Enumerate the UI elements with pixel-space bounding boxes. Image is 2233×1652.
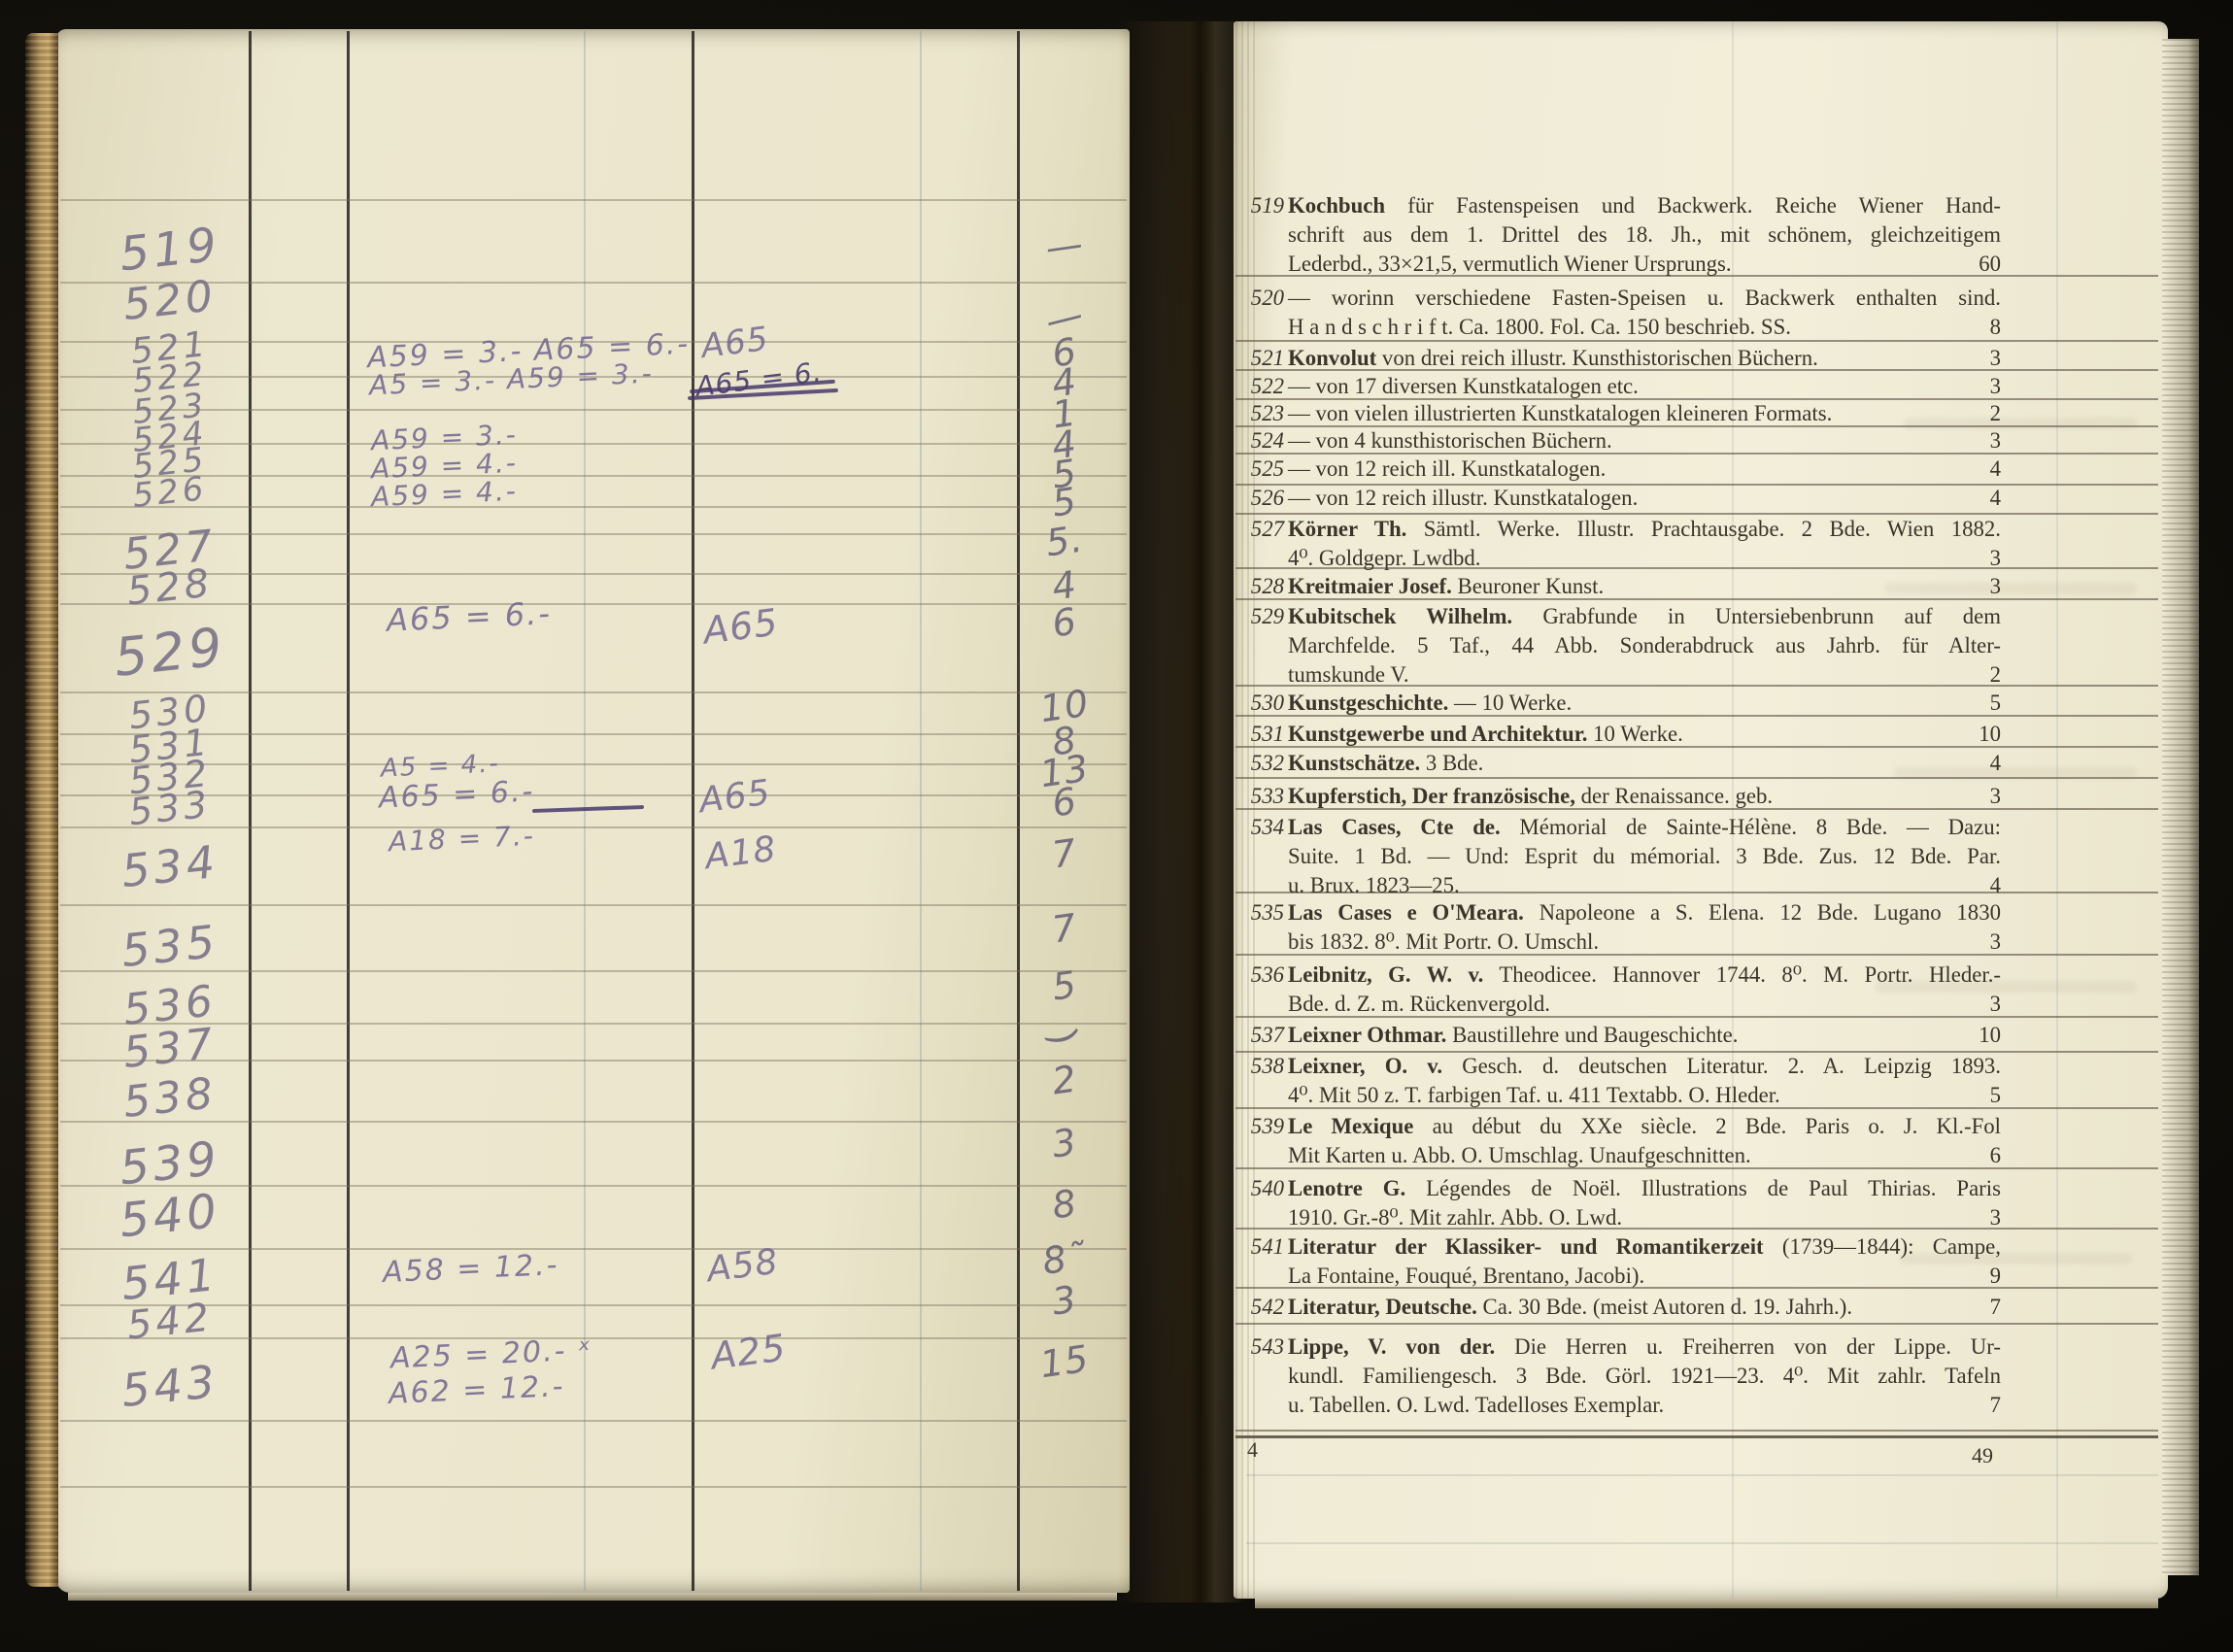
entry-line: Konvolut von drei reich illustr. Kunsthi… [1288,344,2001,373]
entry-line: Kupferstich, Der französische, der Renai… [1288,782,2001,811]
catalog-entry: 519Kochbuch für Fastenspeisen und Backwe… [1240,191,2001,279]
entry-line: Leibnitz, G. W. v. Theodicee. Hannover 1… [1288,961,2001,990]
entry-separator-line [1235,1323,2158,1325]
entry-description: Körner Th. Sämtl. Werke. Illustr. Pracht… [1288,515,2001,573]
show-through-rule [2056,21,2058,1599]
entry-description: Las Cases e O'Meara. Napoleone a S. Elen… [1288,898,2001,957]
catalog-entry: 524— von 4 kunsthistorischen Büchern.3 [1240,426,2001,455]
entry-price: 4 [1933,749,2001,778]
entry-line: Lederbd., 33×21,5, vermutlich Wiener Urs… [1288,250,2001,279]
ledger-row-line [60,1420,1127,1422]
entry-lead: Las Cases e O'Meara. [1288,900,1524,925]
catalog-entry: 525— von 12 reich ill. Kunstkatalogen.4 [1240,455,2001,484]
entry-lead: Kupferstich, Der französische, [1288,784,1575,808]
entry-line: — von vielen illustrierten Kunstkataloge… [1288,399,2001,428]
entry-description: — worinn verschiedene Fasten-Speisen u. … [1288,284,2001,342]
entry-line: Las Cases e O'Meara. Napoleone a S. Elen… [1288,898,2001,927]
page-number-right: 49 [1954,1443,1993,1468]
entry-description: — von vielen illustrierten Kunstkataloge… [1288,399,2001,428]
entry-line: Bde. d. Z. m. Rückenvergold. [1288,990,2001,1019]
entry-price: 8 [1933,313,2001,342]
ledger-row-line [60,1486,1127,1488]
entry-line: Le Mexique au début du XXe siècle. 2 Bde… [1288,1112,2001,1141]
entry-line: kundl. Familiengesch. 3 Bde. Görl. 1921—… [1288,1362,2001,1391]
entry-price: 3 [1933,372,2001,401]
catalog-entry: 535Las Cases e O'Meara. Napoleone a S. E… [1240,898,2001,957]
entry-lead: Leibnitz, G. W. v. [1288,962,1483,987]
entry-lot-number: 534 [1240,813,1284,842]
page-edge-stack-left [25,33,58,1587]
entry-price: 3 [1933,782,2001,811]
entry-line: — von 12 reich ill. Kunstkatalogen. [1288,455,2001,484]
entry-line: 1910. Gr.-8⁰. Mit zahlr. Abb. O. Lwd. [1288,1203,2001,1232]
entry-price: 3 [1933,990,2001,1019]
entry-price: 10 [1933,1021,2001,1050]
entry-lot-number: 529 [1240,602,1284,631]
entry-lot-number: 520 [1240,284,1284,313]
entry-line: Lippe, V. von der. Die Herren u. Freiher… [1288,1332,2001,1362]
ledger-faint-column-rule [920,31,922,1591]
entry-lot-number: 531 [1240,720,1284,749]
entry-price: 3 [1933,927,2001,957]
entry-lead: Konvolut [1288,346,1376,370]
entry-description: Le Mexique au début du XXe siècle. 2 Bde… [1288,1112,2001,1170]
page-number-left: 4 [1247,1437,1258,1463]
entry-lead: Lippe, V. von der. [1288,1334,1495,1359]
entry-lead: Kunstschätze. [1288,751,1420,775]
entry-lot-number: 527 [1240,515,1284,544]
entry-line: tumskunde V. [1288,660,2001,690]
entry-price: 5 [1933,689,2001,718]
entry-description: Konvolut von drei reich illustr. Kunsthi… [1288,344,2001,373]
ledger-row-line [60,1121,1127,1123]
entry-description: Literatur, Deutsche. Ca. 30 Bde. (meist … [1288,1293,2001,1322]
entry-lead: Leixner, O. v. [1288,1054,1442,1078]
entry-price: 7 [1933,1293,2001,1322]
page-edge-stack-right [2162,39,2199,1575]
entry-description: — von 12 reich ill. Kunstkatalogen. [1288,455,2001,484]
entry-lot-number: 543 [1240,1332,1284,1362]
entry-lot-number: 519 [1240,191,1284,220]
show-through-line [1246,1542,2158,1544]
entry-line: Marchfelde. 5 Taf., 44 Abb. Sonderabdruc… [1288,631,2001,660]
entry-lead: Literatur, Deutsche. [1288,1295,1477,1319]
entry-line: Lenotre G. Légendes de Noël. Illustratio… [1288,1174,2001,1203]
entry-description: Kunstgewerbe und Architektur. 10 Werke. [1288,720,2001,749]
entry-lead: Kunstgeschichte. [1288,691,1448,715]
entry-line: La Fontaine, Fouqué, Brentano, Jacobi). [1288,1262,2001,1291]
entry-line: Kochbuch für Fastenspeisen und Backwerk.… [1288,191,2001,220]
page-edge-stack-bottom-right [1255,1599,2158,1608]
entry-separator-line-double [1235,1435,2158,1438]
handwritten-price-note: A59 = 4.- [370,474,518,513]
entry-description: Kochbuch für Fastenspeisen und Backwerk.… [1288,191,2001,279]
catalog-entry: 540Lenotre G. Légendes de Noël. Illustra… [1240,1174,2001,1232]
entry-description: Lippe, V. von der. Die Herren u. Freiher… [1288,1332,2001,1420]
handwritten-price-note: A58 = 12.- [382,1248,559,1290]
book-gutter [1117,21,1245,1602]
entry-lot-number: 524 [1240,426,1284,455]
entry-description: Leixner, O. v. Gesch. d. deutschen Liter… [1288,1052,2001,1110]
ledger-column-rule [692,31,694,1591]
entry-line: Suite. 1 Bd. — Und: Esprit du mémorial. … [1288,842,2001,871]
entry-line: H a n d s c h r i f t. Ca. 1800. Fol. Ca… [1288,313,2001,342]
entry-lot-number: 538 [1240,1052,1284,1081]
entry-line: — von 12 reich illustr. Kunstkatalogen. [1288,484,2001,513]
entry-line: Leixner, O. v. Gesch. d. deutschen Liter… [1288,1052,2001,1081]
catalog-entry: 533Kupferstich, Der französische, der Re… [1240,782,2001,811]
ledger-row-line [60,970,1127,972]
entry-line: Leixner Othmar. Baustillehre und Baugesc… [1288,1021,2001,1050]
entry-description: Leibnitz, G. W. v. Theodicee. Hannover 1… [1288,961,2001,1019]
entry-price: 9 [1933,1262,2001,1291]
entry-price: 6 [1933,1141,2001,1170]
entry-description: Kreitmaier Josef. Beuroner Kunst. [1288,572,2001,601]
catalog-entry: 531Kunstgewerbe und Architektur. 10 Werk… [1240,720,2001,749]
entry-lot-number: 523 [1240,399,1284,428]
entry-lead: Literatur der Klassiker- und Romantikerz… [1288,1234,1764,1259]
entry-lead: Kreitmaier Josef. [1288,574,1452,598]
entry-price: 3 [1933,344,2001,373]
entry-lot-number: 532 [1240,749,1284,778]
entry-lot-number: 539 [1240,1112,1284,1141]
entry-line: Literatur der Klassiker- und Romantikerz… [1288,1232,2001,1262]
entry-line: u. Tabellen. O. Lwd. Tadelloses Exemplar… [1288,1391,2001,1420]
ledger-row-line [60,199,1127,201]
entry-description: Lenotre G. Légendes de Noël. Illustratio… [1288,1174,2001,1232]
entry-description: Literatur der Klassiker- und Romantikerz… [1288,1232,2001,1291]
entry-description: Las Cases, Cte de. Mémorial de Sainte-Hé… [1288,813,2001,900]
catalog-entry: 527Körner Th. Sämtl. Werke. Illustr. Pra… [1240,515,2001,573]
entry-price: 5 [1933,1081,2001,1110]
entry-lot-number: 526 [1240,484,1284,513]
entry-line: Kunstgewerbe und Architektur. 10 Werke. [1288,720,2001,749]
entry-description: Kunstgeschichte. — 10 Werke. [1288,689,2001,718]
ledger-column-rule [347,31,350,1591]
entry-lead: Lenotre G. [1288,1176,1405,1200]
entry-lot-number: 540 [1240,1174,1284,1203]
handwritten-price-note: A18 = 7.- [388,819,535,858]
entry-price: 3 [1933,572,2001,601]
catalog-entry: 543Lippe, V. von der. Die Herren u. Frei… [1240,1332,2001,1420]
catalog-entry: 536Leibnitz, G. W. v. Theodicee. Hannove… [1240,961,2001,1019]
entry-price: 2 [1933,660,2001,690]
ledger-row-line [60,904,1127,906]
entry-lead: Las Cases, Cte de. [1288,815,1501,839]
entry-price: 4 [1933,455,2001,484]
catalog-entry: 522— von 17 diversen Kunstkatalogen etc.… [1240,372,2001,401]
entry-description: Leixner Othmar. Baustillehre und Baugesc… [1288,1021,2001,1050]
entry-lead: Körner Th. [1288,517,1406,541]
catalog-entry: 528Kreitmaier Josef. Beuroner Kunst.3 [1240,572,2001,601]
catalog-entry: 542Literatur, Deutsche. Ca. 30 Bde. (mei… [1240,1293,2001,1322]
entry-line: 4⁰. Mit 50 z. T. farbigen Taf. u. 411 Te… [1288,1081,2001,1110]
entry-lead: Kubitschek Wilhelm. [1288,604,1512,628]
entry-line: bis 1832. 8⁰. Mit Portr. O. Umschl. [1288,927,2001,957]
catalog-entry: 520— worinn verschiedene Fasten-Speisen … [1240,284,2001,342]
entry-line: Mit Karten u. Abb. O. Umschlag. Unaufges… [1288,1141,2001,1170]
entry-price: 3 [1933,544,2001,573]
entry-line: schrift aus dem 1. Drittel des 18. Jh., … [1288,220,2001,250]
entry-description: Kunstschätze. 3 Bde. [1288,749,2001,778]
entry-price: 4 [1933,484,2001,513]
entry-lot-number: 522 [1240,372,1284,401]
entry-price: 3 [1933,1203,2001,1232]
entry-lot-number: 521 [1240,344,1284,373]
entry-lead: Leixner Othmar. [1288,1023,1446,1047]
catalog-entry: 534Las Cases, Cte de. Mémorial de Sainte… [1240,813,2001,900]
entry-price: 3 [1933,426,2001,455]
entry-line: 4⁰. Goldgepr. Lwdbd. [1288,544,2001,573]
entry-line: Literatur, Deutsche. Ca. 30 Bde. (meist … [1288,1293,2001,1322]
catalog-entry: 539Le Mexique au début du XXe siècle. 2 … [1240,1112,2001,1170]
entry-lot-number: 535 [1240,898,1284,927]
entry-separator-line [1235,1430,2158,1432]
entry-line: Kreitmaier Josef. Beuroner Kunst. [1288,572,2001,601]
entry-description: Kupferstich, Der französische, der Renai… [1288,782,2001,811]
entry-price: 7 [1933,1391,2001,1420]
entry-description: — von 4 kunsthistorischen Büchern. [1288,426,2001,455]
ledger-column-rule [249,31,252,1591]
entry-line: Kubitschek Wilhelm. Grabfunde in Untersi… [1288,602,2001,631]
book-spread-photo: 4 49 519—520—521652245231524452555265527… [0,0,2233,1652]
entry-line: Las Cases, Cte de. Mémorial de Sainte-Hé… [1288,813,2001,842]
entry-lot-number: 525 [1240,455,1284,484]
entry-lot-number: 541 [1240,1232,1284,1262]
entry-lot-number: 533 [1240,782,1284,811]
entry-price: 10 [1933,720,2001,749]
entry-lot-number: 542 [1240,1293,1284,1322]
ledger-row-line [60,826,1127,828]
entry-line: — von 4 kunsthistorischen Büchern. [1288,426,2001,455]
entry-description: Kubitschek Wilhelm. Grabfunde in Untersi… [1288,602,2001,690]
entry-line: — worinn verschiedene Fasten-Speisen u. … [1288,284,2001,313]
entry-price: 2 [1933,399,2001,428]
entry-lot-number: 536 [1240,961,1284,990]
entry-lead: Le Mexique [1288,1114,1413,1138]
entry-price: 60 [1933,250,2001,279]
catalog-entry: 532Kunstschätze. 3 Bde.4 [1240,749,2001,778]
handwritten-price-note: A65 = 6.- [386,595,552,639]
handwritten-price-note: A62 = 12.- [388,1369,565,1411]
catalog-entry: 521Konvolut von drei reich illustr. Kuns… [1240,344,2001,373]
page-edge-stack-bottom-left [68,1593,1117,1601]
catalog-entry: 530Kunstgeschichte. — 10 Werke.5 [1240,689,2001,718]
entry-line: Körner Th. Sämtl. Werke. Illustr. Pracht… [1288,515,2001,544]
entry-description: — von 12 reich illustr. Kunstkatalogen. [1288,484,2001,513]
catalog-entry: 526— von 12 reich illustr. Kunstkataloge… [1240,484,2001,513]
catalog-entry: 523— von vielen illustrierten Kunstkatal… [1240,399,2001,428]
entry-lead: Kochbuch [1288,193,1385,218]
entry-description: — von 17 diversen Kunstkatalogen etc. [1288,372,2001,401]
entry-lead: Kunstgewerbe und Architektur. [1288,722,1587,746]
entry-price: 4 [1933,871,2001,900]
entry-lot-number: 528 [1240,572,1284,601]
entry-line: Kunstschätze. 3 Bde. [1288,749,2001,778]
entry-line: u. Brux. 1823—25. [1288,871,2001,900]
catalog-entry: 529Kubitschek Wilhelm. Grabfunde in Unte… [1240,602,2001,690]
entry-line: Kunstgeschichte. — 10 Werke. [1288,689,2001,718]
catalog-entry: 541Literatur der Klassiker- und Romantik… [1240,1232,2001,1291]
entry-lot-number: 537 [1240,1021,1284,1050]
catalog-entry: 538Leixner, O. v. Gesch. d. deutschen Li… [1240,1052,2001,1110]
show-through-line [1246,1474,2158,1476]
handwritten-price-note: A65 = 6.- [378,774,535,815]
entry-lot-number: 530 [1240,689,1284,718]
catalog-entry: 537Leixner Othmar. Baustillehre und Baug… [1240,1021,2001,1050]
entry-line: — von 17 diversen Kunstkatalogen etc. [1288,372,2001,401]
